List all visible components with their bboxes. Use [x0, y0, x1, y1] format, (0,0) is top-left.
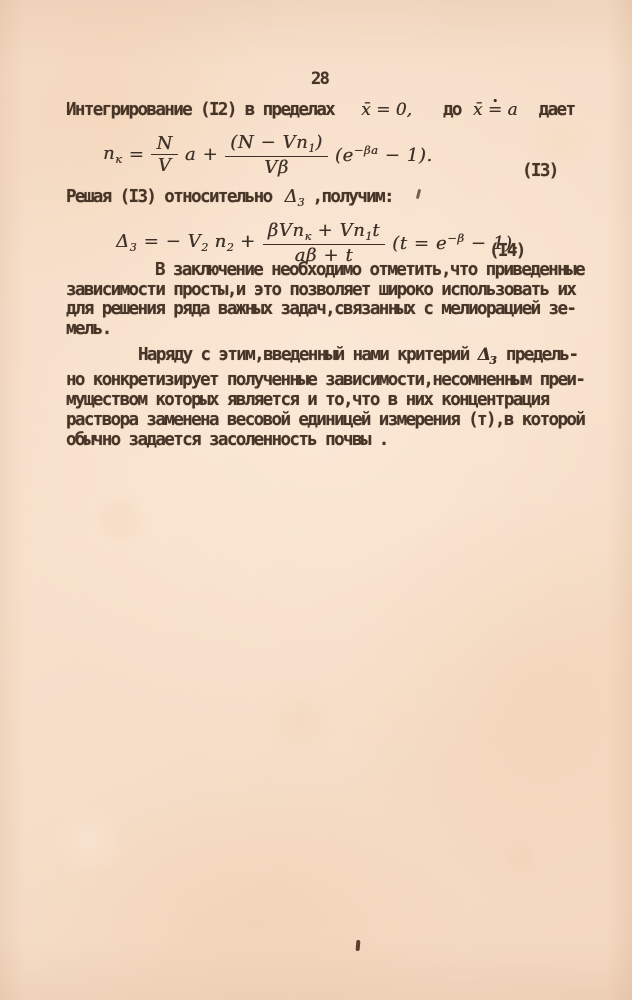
page-number: 28 [311, 69, 328, 89]
denominator: V [158, 155, 172, 175]
numerator: N [151, 134, 177, 155]
delta-3-symbol: Δ3 [478, 346, 497, 371]
eq14-lhs: Δ3 [116, 231, 137, 254]
a-value: a [508, 100, 518, 120]
math-x-equals-zero: x̄ = 0, [361, 100, 412, 120]
fraction-main: βVnк + Vn1t aβ + t [263, 221, 385, 265]
criterion-text-end: предель- [506, 346, 578, 366]
exponent: −β [447, 231, 464, 245]
paragraph-line: но конкретизирует полученные зависимости… [66, 371, 611, 391]
paragraph-line: Наряду с этим,введенный нами критерий Δ3… [66, 346, 611, 371]
intro-text-end: дает [539, 100, 575, 120]
intro-text-start: Интегрирование (I2) в пределах [66, 100, 334, 120]
paragraph-criterion: Наряду с этим,введенный нами критерий Δ3… [66, 346, 611, 451]
numerator: (N − Vn1) [225, 133, 328, 157]
ink-mark-bottom [356, 940, 360, 951]
x-bar: x̄ [361, 100, 371, 120]
eq13-lhs: nк [103, 143, 122, 166]
equation-14: Δ3 = − V2 n2 + βVnк + Vn1t aβ + t (t = e… [116, 221, 519, 265]
equation-13-label: (I3) [522, 161, 558, 181]
equals-sign: = [376, 100, 390, 120]
dotted-equals-sign: = [488, 100, 502, 120]
paragraph-line: для решения ряда важных задач,связанных … [66, 300, 606, 320]
intro-text-do: до [443, 100, 461, 120]
numerator: βVnк + Vn1t [263, 221, 385, 245]
delta-3-symbol: Δ3 [285, 186, 305, 209]
paragraph-line: зависимости просты,и это позволяет широк… [66, 281, 606, 301]
paragraph-line: раствора заменена весовой единицей измер… [66, 411, 611, 431]
intro-line: Интегрирование (I2) в пределах x̄ = 0, д… [66, 100, 574, 120]
equation-13: nк = N V a + (N − Vn1) Vβ (e−βa − 1). [103, 133, 433, 177]
paragraph-line: В заключение необходимо отметить,что при… [66, 261, 606, 281]
paragraph-line: обычно задается засоленность почвы . [66, 431, 611, 451]
equation-14-label: (I4) [489, 241, 525, 261]
eq13-equals: = [129, 144, 145, 165]
paragraph-line: муществом которых является и то,что в ни… [66, 391, 611, 411]
paragraph-line: мель. [66, 320, 606, 340]
paragraph-conclusion: В заключение необходимо отметить,что при… [66, 261, 606, 340]
fraction-second: (N − Vn1) Vβ [225, 133, 328, 177]
fraction-n-over-v: N V [151, 134, 177, 175]
scanned-page: 28 Интегрирование (I2) в пределах x̄ = 0… [0, 0, 632, 1000]
zero-value: 0, [396, 100, 412, 120]
eq13-exponential-term: (e−βa − 1). [335, 143, 433, 166]
solve-text-end: ,получим: [313, 187, 393, 207]
x-bar: x̄ [473, 100, 483, 120]
solve-line: Решая (I3) относительно Δ3 ,получим: [66, 186, 393, 209]
criterion-text-start: Наряду с этим,введенный нами критерий [138, 346, 469, 366]
exponent: −βa [354, 143, 379, 157]
denominator: Vβ [264, 157, 289, 177]
solve-text-start: Решая (I3) относительно [66, 187, 272, 207]
eq14-rhs-head: = − V2 n2 + [144, 231, 256, 254]
eq13-mid-term: a + [185, 144, 218, 165]
ink-mark-apostrophe [416, 189, 421, 199]
math-x-equals-a: x̄ = a [473, 100, 518, 120]
